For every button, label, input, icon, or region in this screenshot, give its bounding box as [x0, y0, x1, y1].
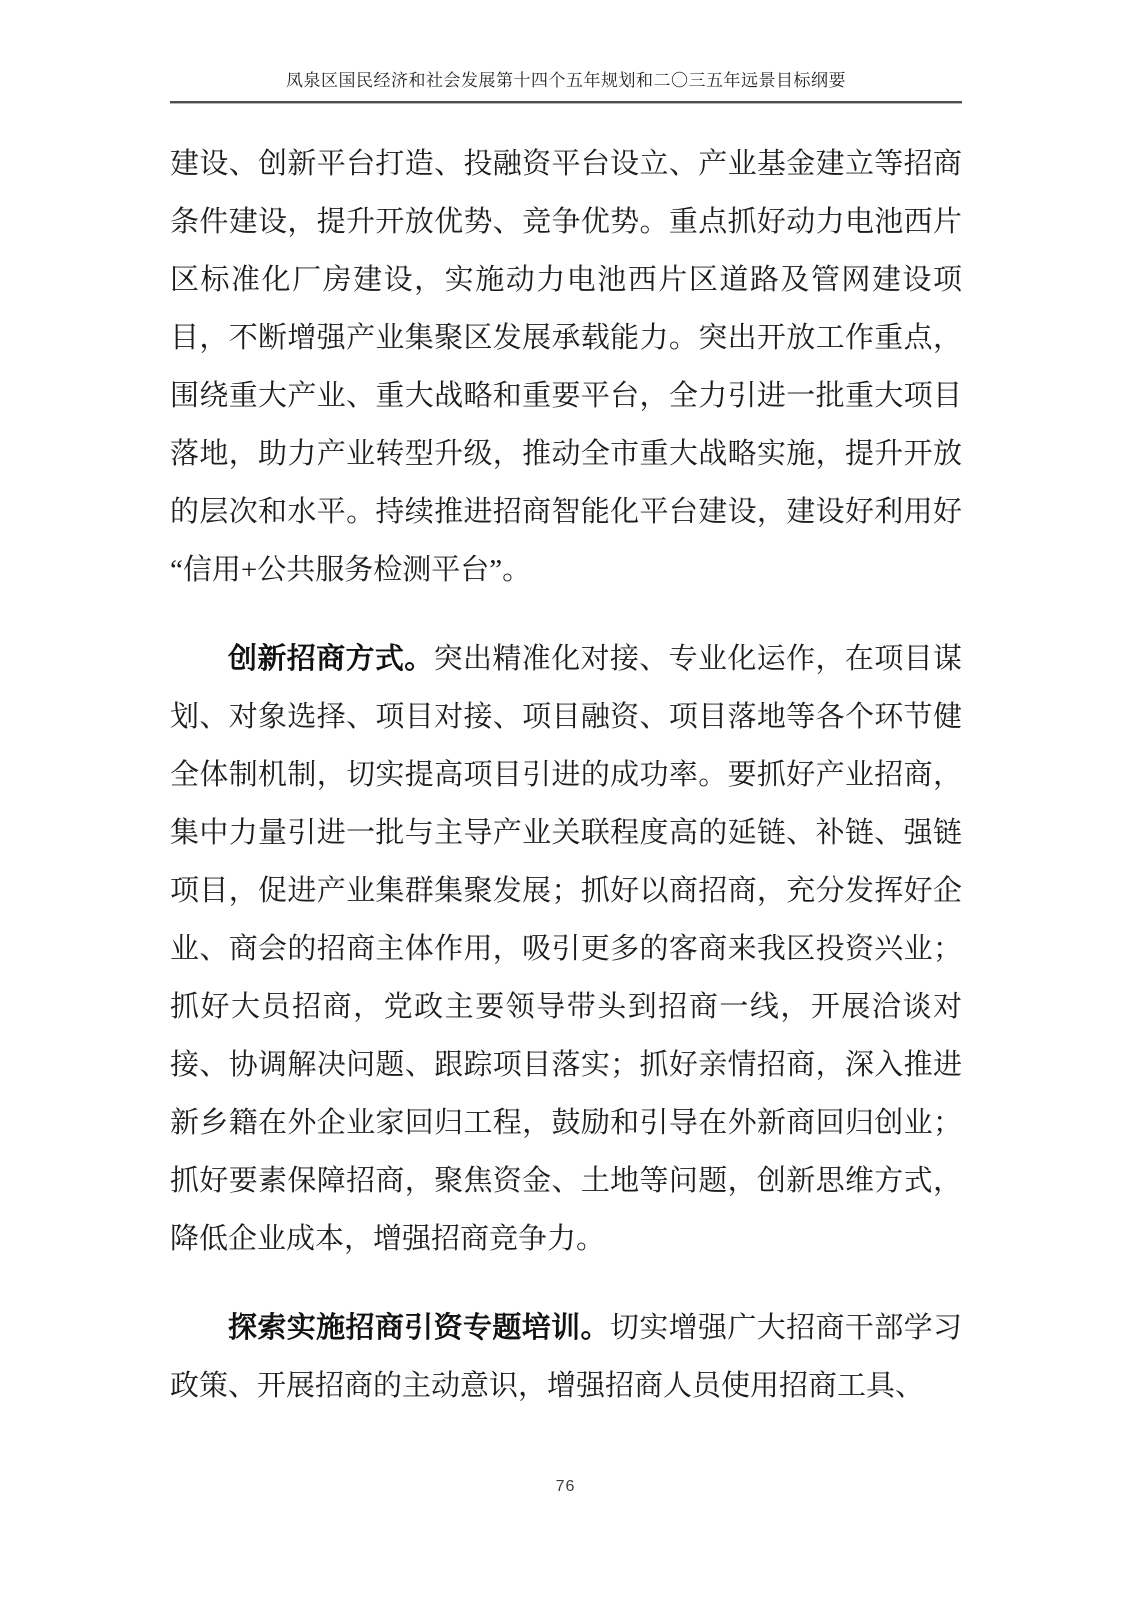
document-body: 建设、创新平台打造、投融资平台设立、产业基金建立等招商条件建设，提升开放优势、竞…: [170, 135, 962, 1446]
paragraph-3-lead: 探索实施招商引资专题培训。: [228, 1312, 610, 1344]
page-number: 76: [556, 1478, 576, 1495]
paragraph-2: 创新招商方式。突出精准化对接、专业化运作，在项目谋划、对象选择、项目对接、项目融…: [170, 630, 962, 1268]
paragraph-1: 建设、创新平台打造、投融资平台设立、产业基金建立等招商条件建设，提升开放优势、竞…: [170, 135, 962, 599]
document-page: 凤泉区国民经济和社会发展第十四个五年规划和二〇三五年远景目标纲要 建设、创新平台…: [0, 0, 1131, 1600]
paragraph-3: 探索实施招商引资专题培训。切实增强广大招商干部学习政策、开展招商的主动意识，增强…: [170, 1299, 962, 1415]
paragraph-2-text: 突出精准化对接、专业化运作，在项目谋划、对象选择、项目对接、项目融资、项目落地等…: [170, 643, 962, 1255]
page-footer: 76: [0, 1478, 1131, 1496]
header-title: 凤泉区国民经济和社会发展第十四个五年规划和二〇三五年远景目标纲要: [170, 70, 962, 92]
running-header: 凤泉区国民经济和社会发展第十四个五年规划和二〇三五年远景目标纲要: [170, 70, 962, 104]
paragraph-1-text: 建设、创新平台打造、投融资平台设立、产业基金建立等招商条件建设，提升开放优势、竞…: [170, 148, 962, 586]
paragraph-2-lead: 创新招商方式。: [228, 643, 434, 675]
header-rule: [170, 101, 962, 104]
